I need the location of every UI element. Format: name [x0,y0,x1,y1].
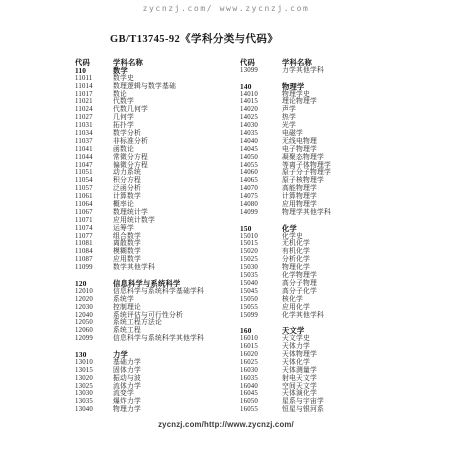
table-row: 11011数学史 [75,75,243,83]
code-cell: 13040 [75,406,113,414]
name-cell: 函数论 [113,146,134,154]
name-cell: 数学分析 [113,130,141,138]
table-row: 14060原子分子物理学 [240,169,408,177]
table-row: 140物理学 [240,83,408,91]
table-row: 11067数理统计学 [75,209,243,217]
table-row: 13025流体力学 [75,383,243,391]
table-row: 15020有机化学 [240,248,408,256]
code-cell: 代码 [240,59,282,67]
table-row [240,217,408,225]
name-cell: 信息科学与系统科学基础学科 [113,288,204,296]
table-row: 14035电磁学 [240,130,408,138]
code-cell: 14020 [240,106,282,114]
table-row: 12060系统工程 [75,327,243,335]
code-cell: 11099 [75,264,113,272]
table-row: 13099力学其他学科 [240,67,408,75]
table-row: 16035射电天文学 [240,375,408,383]
watermark-top: zycnzj.com/ www.zycnzj.com [0,4,452,13]
code-cell: 14055 [240,162,282,170]
table-row: 代码学科名称 [240,59,408,67]
name-cell: 物理学 [282,83,305,91]
code-cell: 12060 [75,327,113,335]
code-cell: 11084 [75,248,113,256]
name-cell: 计算数学 [113,193,141,201]
name-cell: 基础力学 [113,359,141,367]
name-cell: 高分子物理 [282,280,317,288]
code-cell: 13010 [75,359,113,367]
document-page: zycnzj.com/ www.zycnzj.com GB/T13745-92《… [0,0,452,452]
code-cell: 160 [240,327,282,335]
name-cell: 凝聚态物理学 [282,154,324,162]
name-cell: 天文学史 [282,335,310,343]
table-row: 14030光学 [240,122,408,130]
name-cell: 数学史 [113,75,134,83]
code-cell: 11031 [75,122,113,130]
code-cell: 16045 [240,390,282,398]
table-row: 11024代数几何学 [75,106,243,114]
code-cell: 11011 [75,75,113,83]
name-cell: 天文学 [282,327,305,335]
code-cell: 11064 [75,201,113,209]
table-row: 11099数学其他学科 [75,264,243,272]
name-cell: 几何学 [113,114,134,122]
name-cell: 应用物理学 [282,201,317,209]
code-cell: 110 [75,67,113,75]
code-cell: 14045 [240,146,282,154]
table-row: 15040高分子物理 [240,280,408,288]
code-cell: 15050 [240,296,282,304]
name-cell: 拓扑学 [113,122,134,130]
name-cell: 运筹学 [113,225,134,233]
table-row: 11037非标准分析 [75,138,243,146]
code-cell: 12050 [75,319,113,327]
name-cell: 数学 [113,67,128,75]
code-cell: 15010 [240,233,282,241]
name-cell: 物理学其他学科 [282,209,331,217]
table-row: 16045天体演化学 [240,390,408,398]
table-row: 14050凝聚态物理学 [240,154,408,162]
table-row: 11074运筹学 [75,225,243,233]
code-cell: 14035 [240,130,282,138]
name-cell: 爆炸力学 [113,398,141,406]
name-cell: 无线电物理 [282,138,317,146]
code-cell: 15055 [240,304,282,312]
code-cell: 14010 [240,91,282,99]
table-row: 11084模糊数学 [75,248,243,256]
table-row: 14040无线电物理 [240,138,408,146]
name-cell: 计算物理学 [282,193,317,201]
name-cell: 化学物理学 [282,272,317,280]
table-row: 16030天体测量学 [240,367,408,375]
table-row: 14025热学 [240,114,408,122]
table-row: 15099化学其他学科 [240,312,408,320]
table-row: 11041函数论 [75,146,243,154]
name-cell: 电子物理学 [282,146,317,154]
table-row: 14075计算物理学 [240,193,408,201]
name-cell: 力学 [113,351,128,359]
code-cell: 11061 [75,193,113,201]
name-cell: 数理统计学 [113,209,148,217]
table-row: 11031拓扑学 [75,122,243,130]
code-cell: 15040 [240,280,282,288]
code-cell: 14015 [240,98,282,106]
name-cell: 力学其他学科 [282,67,324,75]
name-cell: 系统学 [113,296,134,304]
code-cell: 11051 [75,169,113,177]
table-row: 13020振动与波 [75,375,243,383]
code-cell: 11041 [75,146,113,154]
name-cell: 固体力学 [113,367,141,375]
name-cell: 物理化学 [282,264,310,272]
name-cell: 非标准分析 [113,138,148,146]
code-cell: 120 [75,280,113,288]
code-cell: 13015 [75,367,113,375]
code-cell: 11054 [75,177,113,185]
code-cell: 16055 [240,406,282,414]
name-cell: 核化学 [282,296,303,304]
table-row: 11034数学分析 [75,130,243,138]
code-cell: 11024 [75,106,113,114]
table-row [75,343,243,351]
code-cell: 16015 [240,343,282,351]
code-cell: 16030 [240,367,282,375]
code-cell: 16025 [240,359,282,367]
table-row: 12050系统工程方法论 [75,319,243,327]
code-cell: 13035 [75,398,113,406]
code-cell: 150 [240,225,282,233]
table-row: 14045电子物理学 [240,146,408,154]
table-row: 12020系统学 [75,296,243,304]
table-row: 130力学 [75,351,243,359]
table-row: 12030控制理论 [75,304,243,312]
code-cell: 12010 [75,288,113,296]
name-cell: 应用数学 [113,256,141,264]
code-cell: 12040 [75,312,113,320]
watermark-footer: zycnzj.com/http://www.zycnzj.com/ [0,420,452,429]
code-cell: 14050 [240,154,282,162]
table-row: 11047偏微分方程 [75,162,243,170]
table-row: 110数学 [75,67,243,75]
table-row: 14020声学 [240,106,408,114]
table-row: 14080应用物理学 [240,201,408,209]
table-column-right: 代码学科名称13099力学其他学科140物理学14010物理学史14015理论物… [240,59,408,414]
name-cell: 天体物理学 [282,351,317,359]
code-cell: 11071 [75,217,113,225]
code-cell: 13030 [75,390,113,398]
code-cell: 11074 [75,225,113,233]
table-row: 11077组合数学 [75,233,243,241]
table-row: 11061计算数学 [75,193,243,201]
code-cell: 16035 [240,375,282,383]
code-cell: 11087 [75,256,113,264]
table-row: 15015无机化学 [240,240,408,248]
name-cell: 物理力学 [113,406,141,414]
table-row: 15030物理化学 [240,264,408,272]
table-row: 11081离散数学 [75,240,243,248]
table-row [240,319,408,327]
code-cell: 12020 [75,296,113,304]
table-row: 12010信息科学与系统科学基础学科 [75,288,243,296]
code-cell: 16010 [240,335,282,343]
table-row: 11044常微分方程 [75,154,243,162]
code-cell: 11037 [75,138,113,146]
code-cell: 130 [75,351,113,359]
code-cell: 15045 [240,288,282,296]
name-cell: 化学 [282,225,297,233]
code-cell: 11081 [75,240,113,248]
name-cell: 常微分方程 [113,154,148,162]
name-cell: 高能物理学 [282,185,317,193]
name-cell: 恒星与银河系 [282,406,324,414]
code-cell: 16040 [240,383,282,391]
table-row: 11054积分方程 [75,177,243,185]
table-row: 11057泛函分析 [75,185,243,193]
code-cell: 11027 [75,114,113,122]
code-cell: 11017 [75,91,113,99]
table-row: 12099信息科学与系统科学其他学科 [75,335,243,343]
name-cell: 概率论 [113,201,134,209]
code-cell: 15035 [240,272,282,280]
name-cell: 数学其他学科 [113,264,155,272]
code-cell: 14075 [240,193,282,201]
page-title: GB/T13745-92《学科分类与代码》 [110,31,278,46]
table-row: 16040空间天文学 [240,383,408,391]
code-cell: 14060 [240,169,282,177]
code-cell: 14070 [240,185,282,193]
code-cell: 11014 [75,83,113,91]
table-row: 13040物理力学 [75,406,243,414]
code-cell: 13025 [75,383,113,391]
table-row: 150化学 [240,225,408,233]
code-cell: 11077 [75,233,113,241]
table-row: 16050星系与宇宙学 [240,398,408,406]
name-cell: 天体化学 [282,359,310,367]
table-row: 16025天体化学 [240,359,408,367]
code-cell: 11021 [75,98,113,106]
code-cell: 14065 [240,177,282,185]
code-cell: 14040 [240,138,282,146]
name-cell: 学科名称 [282,59,312,67]
name-cell: 分析化学 [282,256,310,264]
code-cell: 12099 [75,335,113,343]
code-cell: 11044 [75,154,113,162]
table-row: 14015理论物理学 [240,98,408,106]
name-cell: 高分子化学 [282,288,317,296]
table-row: 11021代数学 [75,98,243,106]
table-row: 13010基础力学 [75,359,243,367]
name-cell: 电磁学 [282,130,303,138]
table-row: 15010化学史 [240,233,408,241]
code-cell: 11047 [75,162,113,170]
name-cell: 热学 [282,114,296,122]
table-row: 13035爆炸力学 [75,398,243,406]
name-cell: 数理逻辑与数学基础 [113,83,176,91]
table-row: 16055恒星与银河系 [240,406,408,414]
name-cell: 应用统计数学 [113,217,155,225]
table-column-left: 代码学科名称110数学11011数学史11014数理逻辑与数学基础11017数论… [75,59,243,414]
table-row: 15055应用化学 [240,304,408,312]
code-cell: 13020 [75,375,113,383]
name-cell: 信息科学与系统科学 [113,280,180,288]
code-cell: 15030 [240,264,282,272]
code-cell: 12030 [75,304,113,312]
table-row: 15035化学物理学 [240,272,408,280]
table-row: 11051动力系统 [75,169,243,177]
table-row [240,75,408,83]
code-cell: 16050 [240,398,282,406]
name-cell: 星系与宇宙学 [282,398,324,406]
code-cell: 11034 [75,130,113,138]
code-cell: 11067 [75,209,113,217]
table-row: 11027几何学 [75,114,243,122]
code-cell: 14099 [240,209,282,217]
table-row: 16015天体力学 [240,343,408,351]
code-cell: 140 [240,83,282,91]
table-row: 14010物理学史 [240,91,408,99]
code-cell: 14080 [240,201,282,209]
table-row: 11071应用统计数学 [75,217,243,225]
table-row: 160天文学 [240,327,408,335]
code-cell: 14025 [240,114,282,122]
code-cell: 13099 [240,67,282,75]
name-cell: 控制理论 [113,304,141,312]
table-row: 11064概率论 [75,201,243,209]
name-cell: 应用化学 [282,304,310,312]
table-row: 13015固体力学 [75,367,243,375]
code-cell: 16020 [240,351,282,359]
name-cell: 天体力学 [282,343,310,351]
code-cell: 15025 [240,256,282,264]
table-row: 11014数理逻辑与数学基础 [75,83,243,91]
name-cell: 天体测量学 [282,367,317,375]
table-row: 14065原子核物理学 [240,177,408,185]
table-row: 代码学科名称 [75,59,243,67]
table-row: 120信息科学与系统科学 [75,280,243,288]
table-row: 11087应用数学 [75,256,243,264]
table-row: 15050核化学 [240,296,408,304]
table-row: 15045高分子化学 [240,288,408,296]
name-cell: 系统工程 [113,327,141,335]
table-row: 14099物理学其他学科 [240,209,408,217]
code-cell: 15015 [240,240,282,248]
table-row: 11017数论 [75,91,243,99]
table-row: 16020天体物理学 [240,351,408,359]
table-row: 14070高能物理学 [240,185,408,193]
table-row: 13030流变学 [75,390,243,398]
table-row: 15025分析化学 [240,256,408,264]
name-cell: 射电天文学 [282,375,317,383]
name-cell: 泛函分析 [113,185,141,193]
name-cell: 信息科学与系统科学其他学科 [113,335,204,343]
code-cell: 14030 [240,122,282,130]
name-cell: 光学 [282,122,296,130]
table-row: 16010天文学史 [240,335,408,343]
name-cell: 振动与波 [113,375,141,383]
name-cell: 化学其他学科 [282,312,324,320]
code-cell: 11057 [75,185,113,193]
code-cell: 15099 [240,312,282,320]
code-cell: 15020 [240,248,282,256]
